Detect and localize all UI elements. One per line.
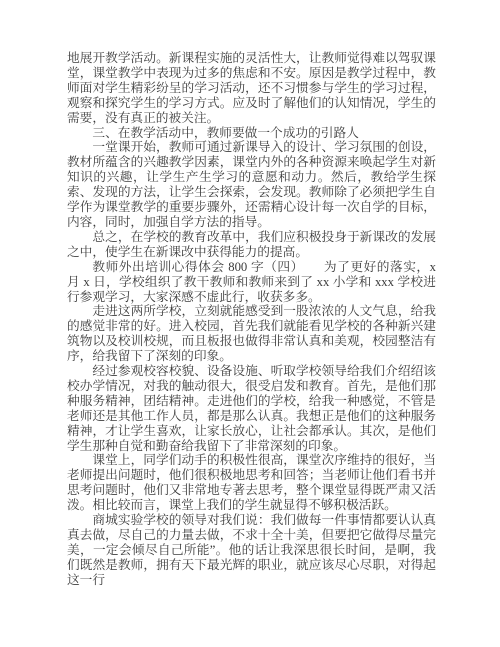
- paragraph: 地展开教学活动。新课程实施的灵活性大，让教师觉得难以驾驭课堂，课堂教学中表现为过…: [67, 51, 436, 126]
- paragraph: 经过参观校容校貌、设备设施、听取学校领导给我们介绍绍该校办学情况，对我的触动很大…: [67, 364, 436, 453]
- paragraph: 课堂上，同学们动手的积极性很高，课堂次序维持的很好，当老师提出问题时，他们很积极…: [67, 453, 436, 513]
- paragraph: 走进这两所学校，立刻就能感受到一股浓浓的人文气息，给我的感觉非常的好。进入校园，…: [67, 304, 436, 364]
- paragraph: 总之，在学校的教育改革中，我们应积极投身于新课改的发展之中，使学生在新课改中获得…: [67, 230, 436, 260]
- paragraph: 商城实验学校的领导对我们说：我们做每一件事情都要认认真真去做，尽自己的力量去做，…: [67, 513, 436, 588]
- paragraph: 一堂课开始，教师可通过新课导入的设计、学习氛围的创设，教材所蕴含的兴趣教学因素，…: [67, 140, 436, 229]
- paragraph: 教师外出培训心得体会 800 字（四） 为了更好的落实，x 月 x 日，学校组织…: [67, 260, 436, 305]
- document-page: 地展开教学活动。新课程实施的灵活性大，让教师觉得难以驾驭课堂，课堂教学中表现为过…: [0, 0, 500, 647]
- document-body: 地展开教学活动。新课程实施的灵活性大，让教师觉得难以驾驭课堂，课堂教学中表现为过…: [67, 51, 436, 588]
- paragraph: 三、在教学活动中，教师要做一个成功的引路人: [67, 126, 436, 141]
